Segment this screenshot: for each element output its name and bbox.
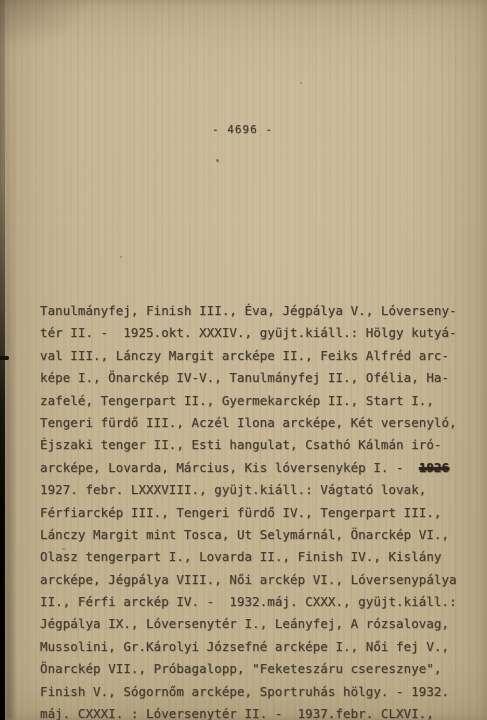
text-line-content: arcképe, Lovarda, Március, Kis lóverseny… xyxy=(40,460,419,475)
text-line: zafelé, Tengerpart II., Gyermekarckép II… xyxy=(40,390,472,412)
text-line: Tanulmányfej, Finish III., Éva, Jégpálya… xyxy=(40,300,472,322)
text-line: tér II. - 1925.okt. XXXIV., gyüjt.kiáll.… xyxy=(40,322,472,344)
corner-smudge xyxy=(0,0,90,50)
book-gutter-fade xyxy=(4,0,13,720)
text-line: Férfiarckép III., Tengeri fürdő IV., Ten… xyxy=(40,502,472,524)
text-line: Éjszaki tenger II., Esti hangulat, Csath… xyxy=(40,434,472,456)
text-line: Jégpálya IX., Lóversenytér I., Leányfej,… xyxy=(40,613,472,635)
scanned-page: - 4696 - Tanulmányfej, Finish III., Éva,… xyxy=(0,0,487,720)
paper-speck xyxy=(300,82,302,84)
paper-speck xyxy=(120,256,122,258)
text-line: Finish V., Sógornőm arcképe, Sportruhás … xyxy=(40,681,472,703)
text-line: arcképe, Jégpálya VIII., Női arckép VI.,… xyxy=(40,569,472,591)
paper-speck xyxy=(216,159,219,162)
text-line: arcképe, Lovarda, Március, Kis lóverseny… xyxy=(40,457,472,479)
strikethrough-text: 1926 xyxy=(419,460,449,475)
text-line: Mussolini, Gr.Károlyi Józsefné arcképe I… xyxy=(40,636,472,658)
text-line: Olasz tengerpart I., Lovarda II., Finish… xyxy=(40,546,472,568)
typewritten-text-block: Tanulmányfej, Finish III., Éva, Jégpálya… xyxy=(40,300,472,720)
text-line: val III., Lánczy Margit arcképe II., Fei… xyxy=(40,345,472,367)
edge-ink-mark xyxy=(0,356,9,360)
text-line: 1927. febr. LXXXVIII., gyüjt.kiáll.: Vág… xyxy=(40,479,472,501)
page-number: - 4696 - xyxy=(212,123,273,136)
text-line: máj. CXXXI. : Lóversenytér II. - 1937.fe… xyxy=(40,703,472,720)
text-line: képe I., Önarckép IV-V., Tanulmányfej II… xyxy=(40,367,472,389)
text-line: Önarckép VII., Próbagalopp, "Feketeszáru… xyxy=(40,658,472,680)
text-line: Tengeri fürdő III., Aczél Ilona arcképe,… xyxy=(40,412,472,434)
text-line: Lánczy Margit mint Tosca, Ut Selymárnál,… xyxy=(40,524,472,546)
text-line: II., Férfi arckép IV. - 1932.máj. CXXX.,… xyxy=(40,591,472,613)
